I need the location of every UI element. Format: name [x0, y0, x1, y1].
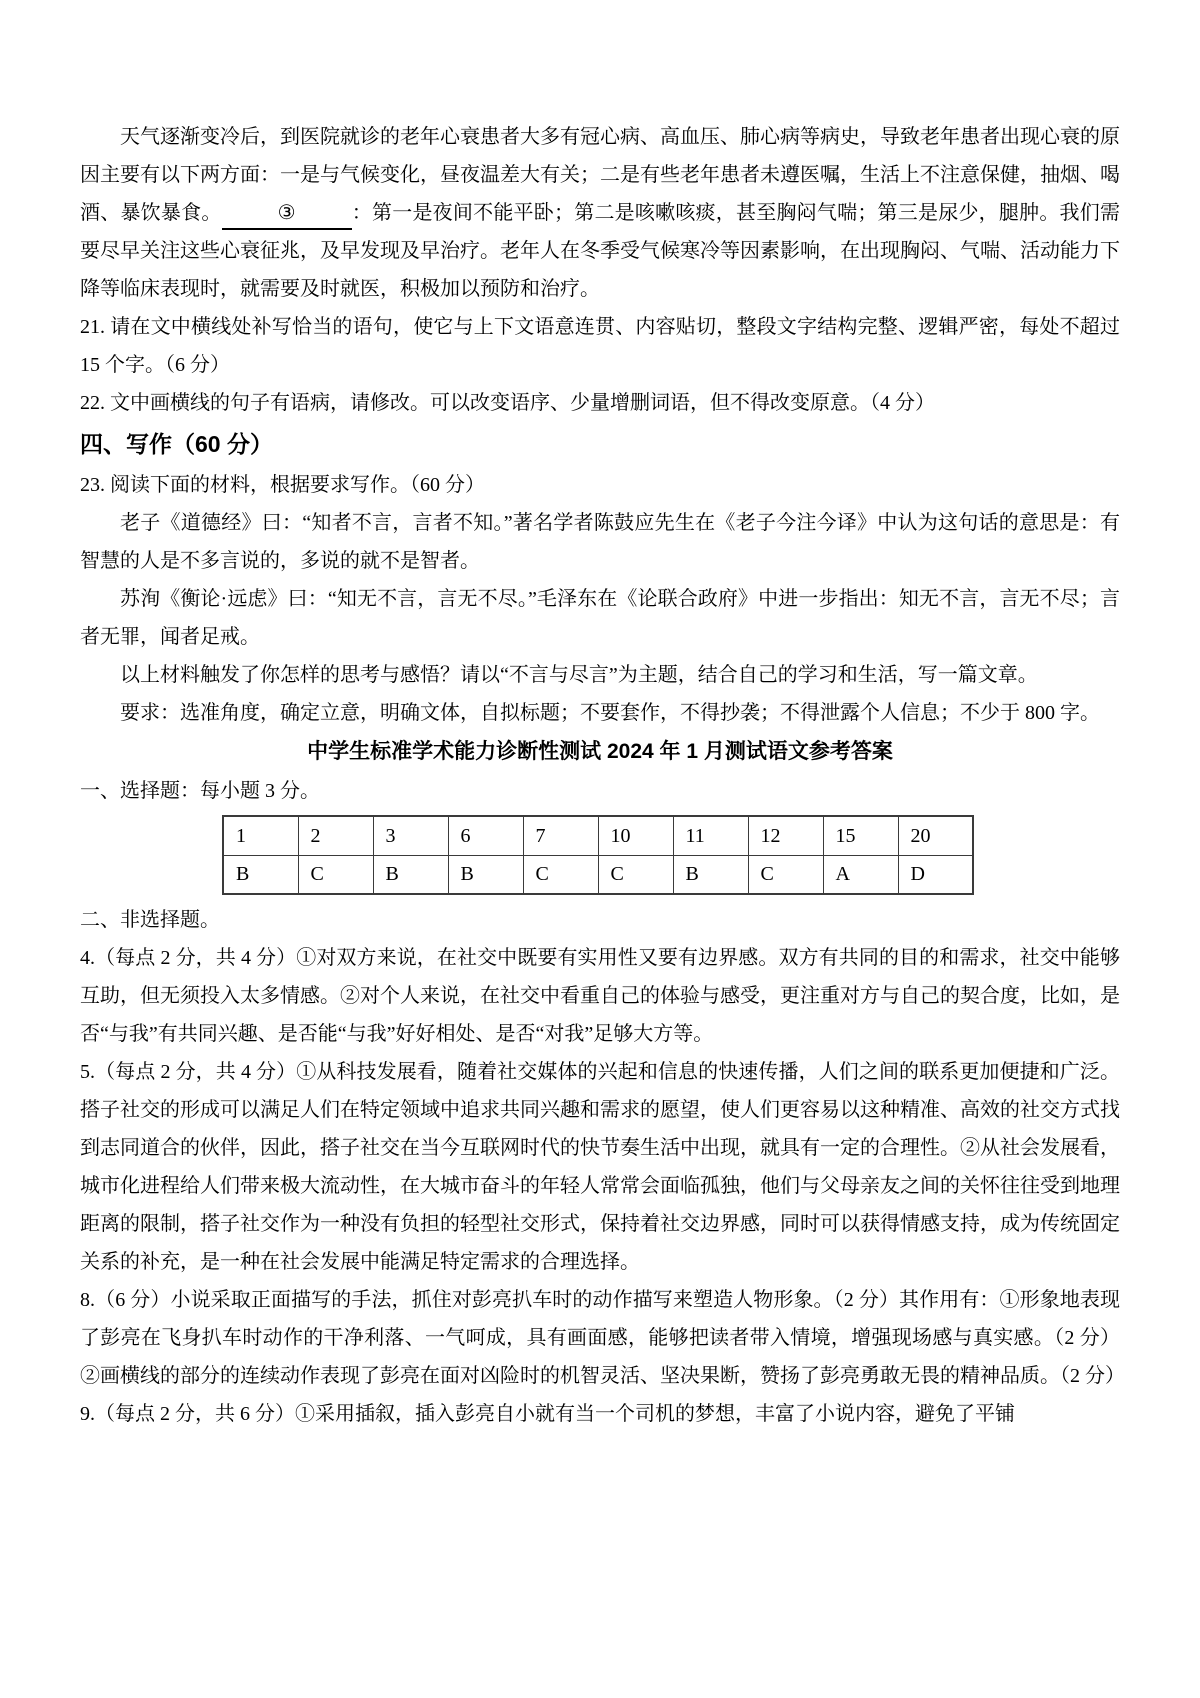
answer-table-question-cell: 12 [748, 816, 823, 855]
question-21: 21. 请在文中横线处补写恰当的语句，使它与上下文语意连贯、内容贴切，整段文字结… [80, 308, 1120, 384]
question-23: 23. 阅读下面的材料，根据要求写作。（60 分） [80, 466, 1120, 504]
answer-table-answer-cell: C [748, 855, 823, 894]
answer-table-answer-cell: D [898, 855, 973, 894]
answer-table-answer-cell: B [223, 855, 298, 894]
answer-table-header-row: 1 2 3 6 7 10 11 12 15 20 [223, 816, 973, 855]
answer-table-answer-cell: C [598, 855, 673, 894]
material-paragraph-prompt: 以上材料触发了你怎样的思考与感悟？请以“不言与尽言”为主题，结合自己的学习和生活… [80, 656, 1120, 694]
material-paragraph-suxun: 苏洵《衡论·远虑》曰：“知无不言，言无不尽。”毛泽东在《论联合政府》中进一步指出… [80, 580, 1120, 656]
answer-5: 5.（每点 2 分，共 4 分）①从科技发展看，随着社交媒体的兴起和信息的快速传… [80, 1053, 1120, 1281]
answer-table-question-cell: 15 [823, 816, 898, 855]
answer-table-question-cell: 2 [298, 816, 373, 855]
answer-table-question-cell: 6 [448, 816, 523, 855]
answer-table-question-cell: 10 [598, 816, 673, 855]
answer-table-answer-cell: A [823, 855, 898, 894]
answer-table-question-cell: 20 [898, 816, 973, 855]
answer-table-answer-cell: C [523, 855, 598, 894]
blank-circled-number: ③ [278, 202, 296, 224]
answer-table-answer-cell: B [448, 855, 523, 894]
answer-key-title: 中学生标准学术能力诊断性测试 2024 年 1 月测试语文参考答案 [80, 732, 1120, 772]
answer-table-question-cell: 11 [673, 816, 748, 855]
material-paragraph-requirements: 要求：选准角度，确定立意，明确文体，自拟标题；不要套作，不得抄袭；不得泄露个人信… [80, 694, 1120, 732]
answer-table-question-cell: 7 [523, 816, 598, 855]
answer-table-answer-cell: B [673, 855, 748, 894]
passage-paragraph: 天气逐渐变冷后，到医院就诊的老年心衰患者大多有冠心病、高血压、肺心病等病史，导致… [80, 118, 1120, 308]
exam-page: 天气逐渐变冷后，到医院就诊的老年心衰患者大多有冠心病、高血压、肺心病等病史，导致… [0, 0, 1200, 1698]
blank-underline: ③ [222, 198, 352, 230]
answer-table-answer-cell: B [373, 855, 448, 894]
section-heading-choice-questions: 一、选择题：每小题 3 分。 [80, 772, 1120, 810]
section-heading-writing: 四、写作（60 分） [80, 422, 1120, 466]
question-22: 22. 文中画横线的句子有语病，请修改。可以改变语序、少量增删词语，但不得改变原… [80, 384, 1120, 422]
answer-9: 9.（每点 2 分，共 6 分）①采用插叙，插入彭亮自小就有当一个司机的梦想，丰… [80, 1395, 1120, 1433]
answer-table-answer-row: B C B B C C B C A D [223, 855, 973, 894]
answer-table-answer-cell: C [298, 855, 373, 894]
answer-4: 4.（每点 2 分，共 4 分）①对双方来说，在社交中既要有实用性又要有边界感。… [80, 939, 1120, 1053]
answer-table-question-cell: 1 [223, 816, 298, 855]
answer-table-question-cell: 3 [373, 816, 448, 855]
material-paragraph-laozi: 老子《道德经》曰：“知者不言，言者不知。”著名学者陈鼓应先生在《老子今注今译》中… [80, 504, 1120, 580]
answer-table: 1 2 3 6 7 10 11 12 15 20 B C B B C C B C… [222, 815, 974, 895]
section-heading-non-choice: 二、非选择题。 [80, 901, 1120, 939]
answer-8: 8.（6 分）小说采取正面描写的手法，抓住对彭亮扒车时的动作描写来塑造人物形象。… [80, 1281, 1120, 1395]
